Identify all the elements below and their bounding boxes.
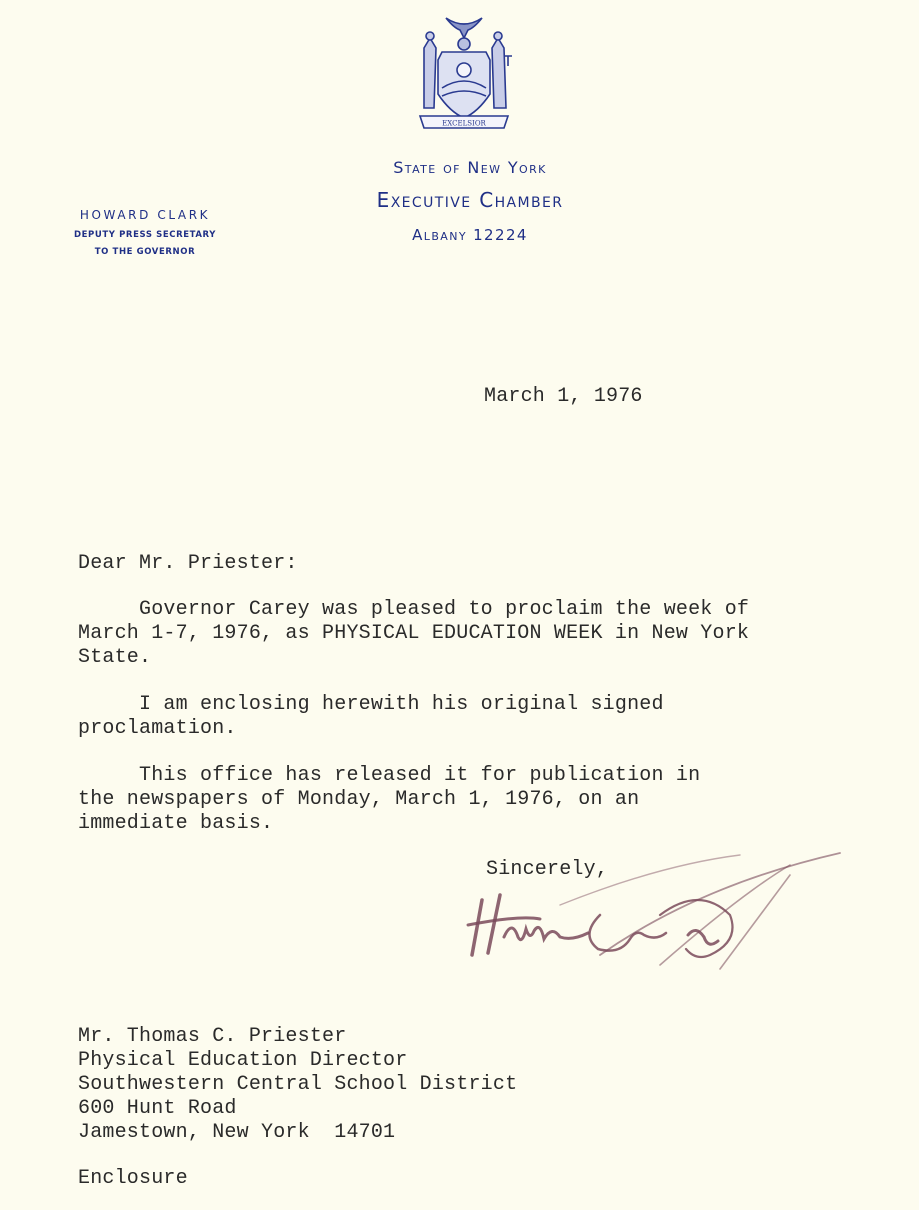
recipient-street: 600 Hunt Road (78, 1097, 517, 1121)
salutation: Dear Mr. Priester: (78, 552, 298, 576)
svg-text:EXCELSIOR: EXCELSIOR (442, 120, 486, 128)
letterhead-state: State of New York (300, 158, 640, 177)
letter-date: March 1, 1976 (484, 385, 643, 409)
recipient-address: Mr. Thomas C. Priester Physical Educatio… (78, 1025, 517, 1145)
body-paragraph: I am enclosing herewith his original sig… (78, 693, 878, 741)
handwritten-signature-icon (460, 845, 850, 975)
sender-title-continued: TO THE GOVERNOR (40, 247, 250, 257)
body-paragraph: This office has released it for publicat… (78, 764, 878, 836)
enclosure-notation: Enclosure (78, 1167, 188, 1191)
letterhead-city: Albany 12224 (300, 226, 640, 244)
recipient-city: Jamestown, New York 14701 (78, 1121, 517, 1145)
sender-name: HOWARD CLARK (40, 208, 250, 222)
body-paragraph: Governor Carey was pleased to proclaim t… (78, 598, 878, 670)
recipient-organization: Southwestern Central School District (78, 1073, 517, 1097)
recipient-name: Mr. Thomas C. Priester (78, 1025, 517, 1049)
sender-title: DEPUTY PRESS SECRETARY (40, 230, 250, 240)
letterhead-office: Executive Chamber (300, 188, 640, 212)
new-york-state-seal-icon: EXCELSIOR (412, 8, 516, 132)
recipient-title: Physical Education Director (78, 1049, 517, 1073)
